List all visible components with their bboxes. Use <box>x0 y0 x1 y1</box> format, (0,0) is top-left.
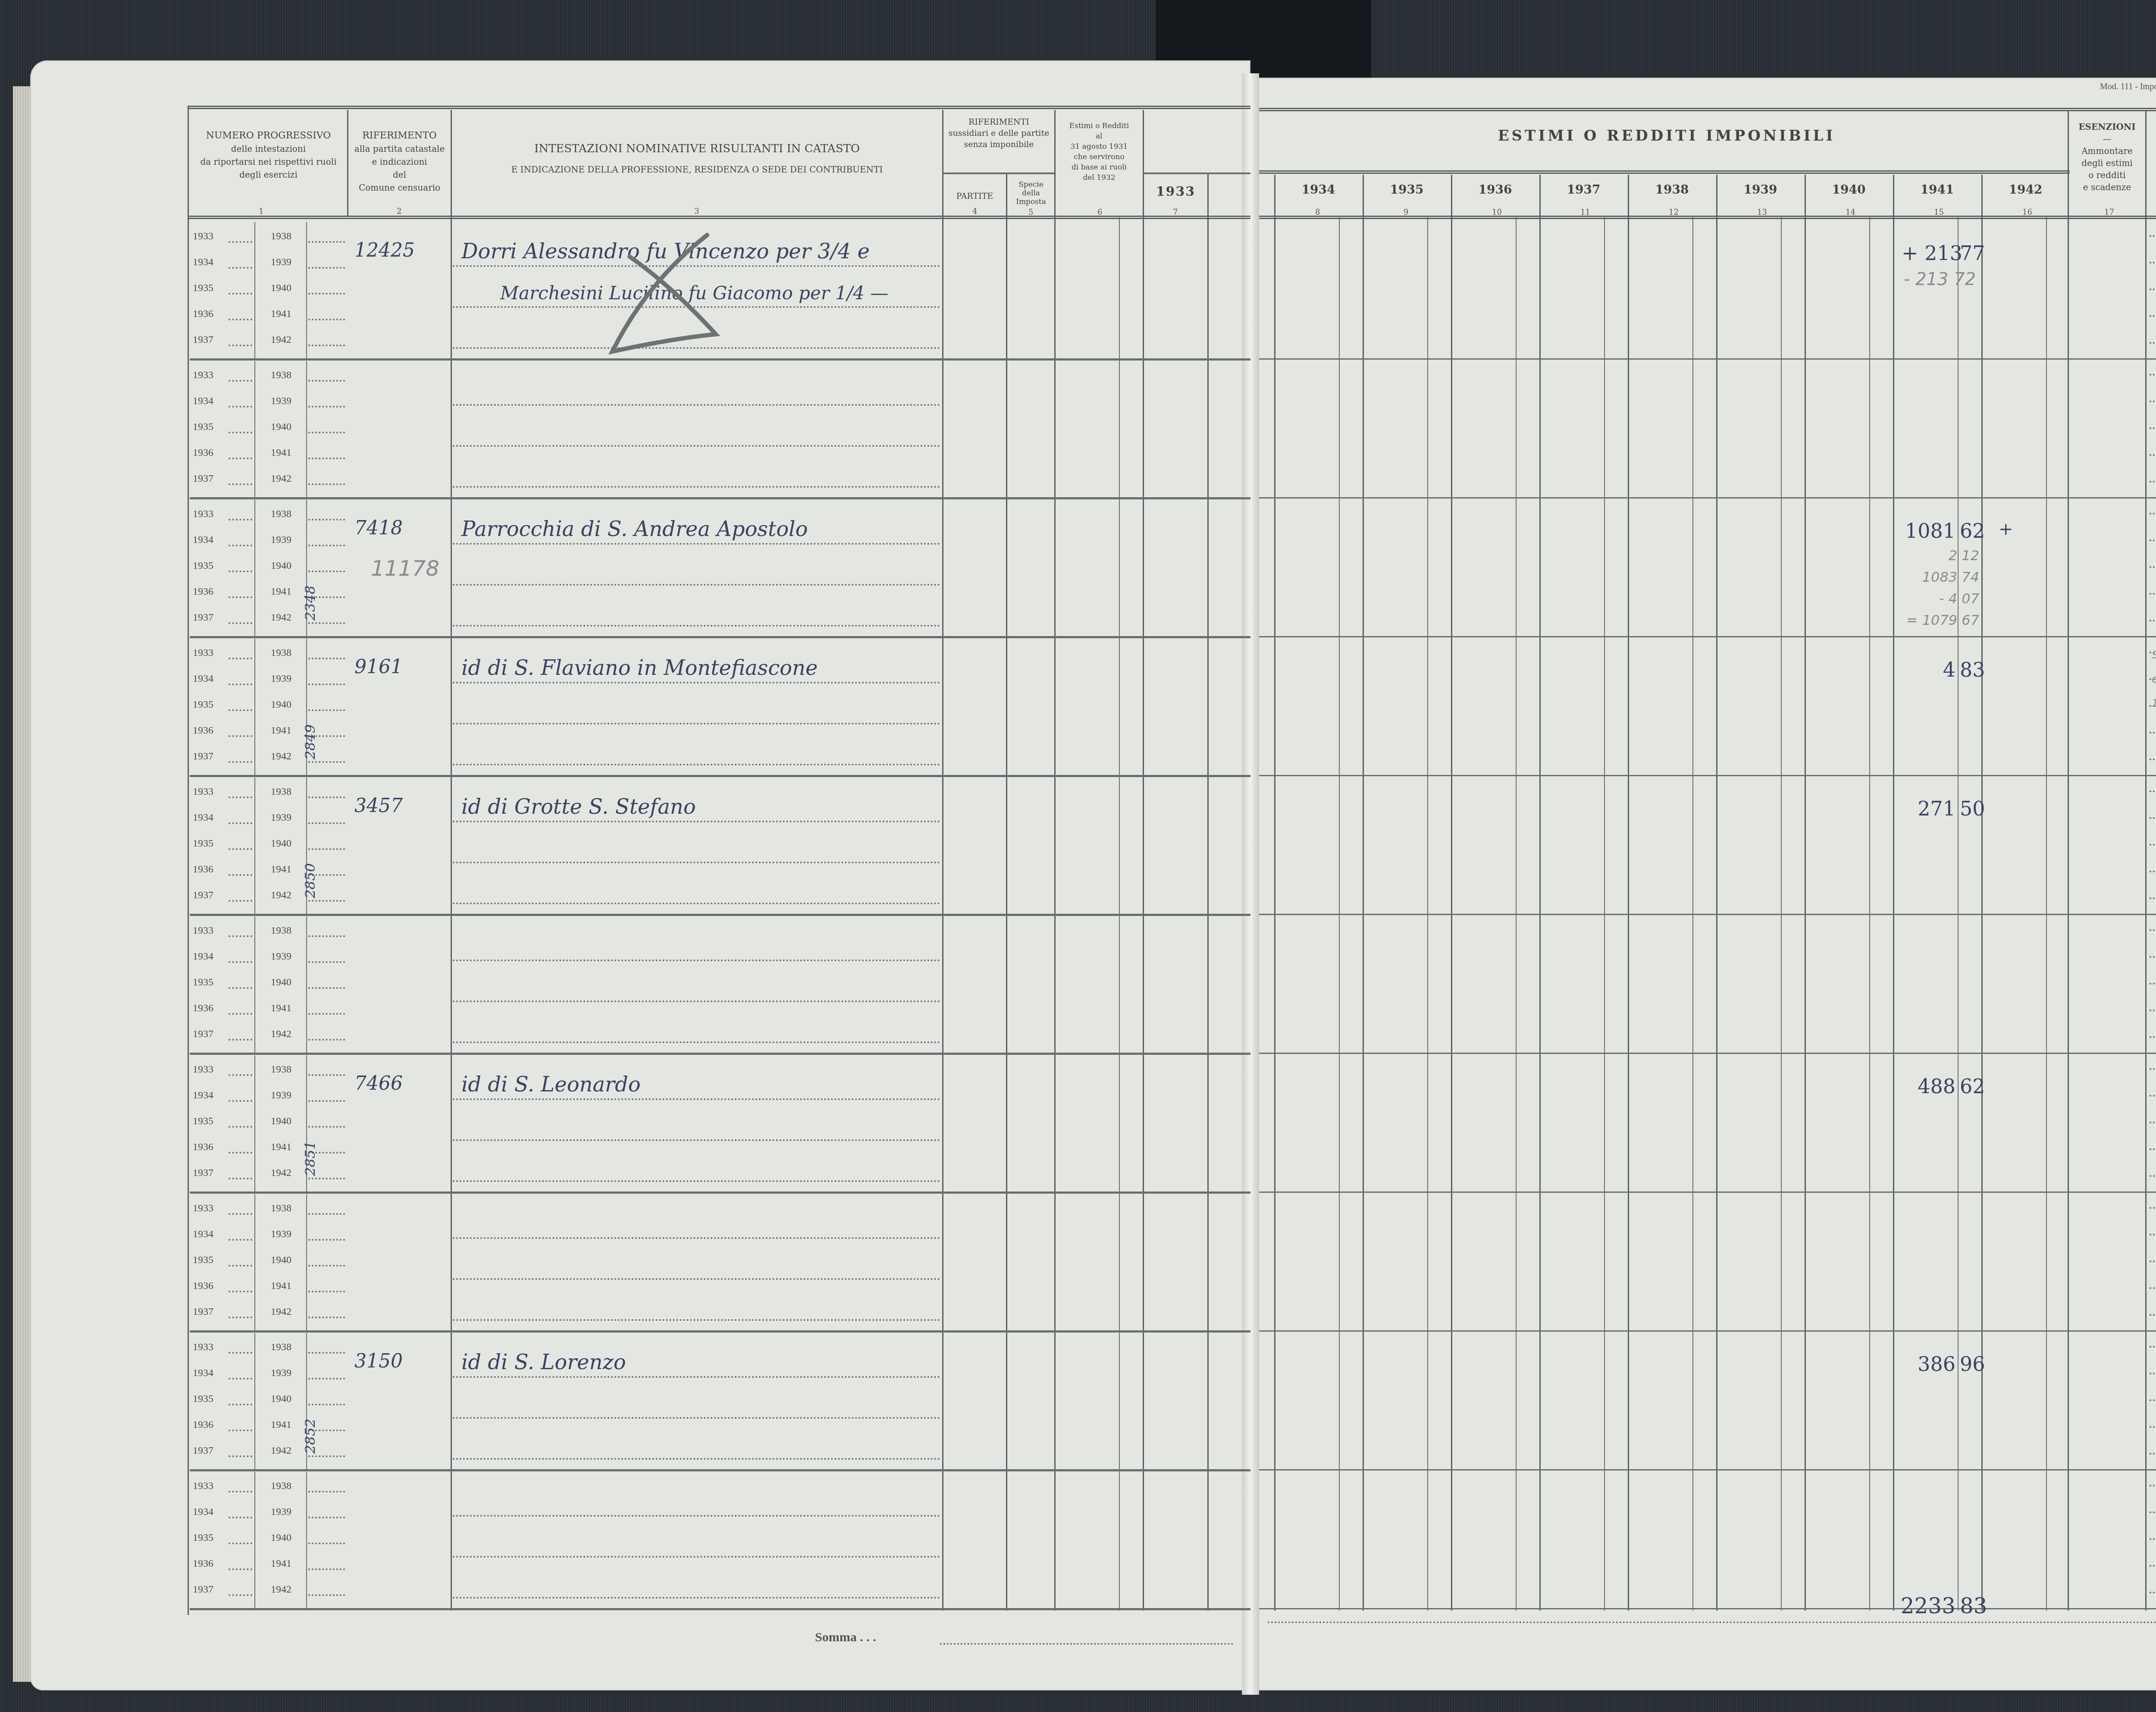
intestazione-line-1: Parrocchia di S. Andrea Apostolo <box>461 517 808 541</box>
sum-1941-lire: 2233 <box>1899 1593 1955 1618</box>
year-label: 1940 <box>271 421 291 433</box>
dotted-line <box>308 406 345 408</box>
cent-divider <box>1692 216 1693 1611</box>
dotted-line <box>308 1074 345 1076</box>
year-label: 1934 <box>193 1090 213 1101</box>
cent-divider <box>1958 216 1959 1611</box>
dotted-line <box>229 1317 252 1318</box>
dotted-line <box>2150 401 2156 402</box>
dotted-line <box>308 1517 345 1518</box>
dotted-line <box>453 903 940 904</box>
plus-sign: + <box>1999 519 2013 539</box>
dotted-line <box>2150 1485 2156 1486</box>
dotted-line <box>308 293 345 295</box>
divider <box>1539 175 1541 1611</box>
dotted-line <box>308 1213 345 1215</box>
year-label: 1935 <box>193 1116 213 1127</box>
annotation-note: Si scaricano in meno £ 19 per errore mat… <box>2152 643 2156 715</box>
year-label: 1937 <box>193 890 213 901</box>
header-estimi-1931: Estimi o Redditi al 31 agosto 1931 che s… <box>1056 121 1143 183</box>
year-label: 1933 <box>193 370 213 381</box>
top-rule <box>188 106 1250 109</box>
dotted-line <box>229 1074 252 1076</box>
dotted-line <box>2150 983 2156 985</box>
dotted-line <box>308 848 345 850</box>
dotted-line <box>308 1404 345 1405</box>
dotted-line <box>2150 1538 2156 1540</box>
partita-number: 3457 <box>354 795 403 817</box>
dotted-line <box>308 1594 345 1596</box>
side-code: 2348 <box>302 586 318 621</box>
year-label: 1937 <box>193 334 213 346</box>
calculation-line: - 4 07 <box>1897 590 1979 607</box>
dotted-line <box>453 1139 940 1141</box>
entry-separator <box>190 497 1250 499</box>
dotted-line <box>229 519 252 520</box>
year-label: 1942 <box>271 1584 291 1596</box>
year-label: 1940 <box>271 1116 291 1127</box>
dotted-line <box>229 1404 252 1405</box>
partita-number: 3150 <box>354 1350 403 1372</box>
intestazione-line-1: id di S. Flaviano in Montefiascone <box>461 656 818 680</box>
year-label: 1942 <box>271 1306 291 1318</box>
divider <box>1893 175 1894 1611</box>
header-numero-progressivo: NUMERO PROGRESSIVO delle intestazioni da… <box>190 129 347 181</box>
entry-separator <box>190 775 1250 777</box>
header-specie-imposta: Specie della Imposta <box>1007 180 1055 206</box>
dotted-line <box>2150 374 2156 376</box>
dotted-line <box>2150 427 2156 429</box>
dotted-line <box>229 267 252 269</box>
calculation-line: = 1079 67 <box>1897 612 1979 628</box>
header-line: di base ai ruoli <box>1056 162 1143 172</box>
header-bottom-rule <box>188 216 1250 219</box>
amount-1941-cent: 96 <box>1960 1352 1985 1376</box>
header-line: Imposta <box>1007 198 1055 206</box>
dotted-line <box>308 241 345 243</box>
dotted-line <box>229 658 252 659</box>
year-label: 1938 <box>271 925 291 937</box>
dotted-line <box>308 658 345 659</box>
sum-dotted-line <box>1268 1621 2156 1623</box>
divider <box>1207 172 1209 1611</box>
divider <box>306 222 307 358</box>
divider <box>2068 110 2069 1611</box>
header-line: Estimi o Redditi <box>1056 121 1143 131</box>
amount-1941-cent: 50 <box>1960 797 1985 820</box>
dotted-line <box>229 1265 252 1267</box>
cent-divider <box>1516 216 1517 1611</box>
header-title: ESENZIONI <box>2069 121 2145 133</box>
dotted-line <box>308 1013 345 1015</box>
dotted-line <box>308 267 345 269</box>
column-number: 7 <box>1173 208 1178 217</box>
partita-number: 7466 <box>354 1072 403 1094</box>
dotted-line <box>2150 288 2156 290</box>
year-label: 1936 <box>193 586 213 598</box>
divider <box>254 1333 255 1469</box>
dotted-line <box>229 1543 252 1544</box>
dotted-line <box>308 1352 345 1354</box>
header-year-1937: 1937 <box>1539 183 1628 196</box>
cent-divider <box>1781 216 1782 1611</box>
dotted-line <box>453 543 940 545</box>
dotted-line <box>229 432 252 433</box>
sum-dotted-line <box>940 1643 1233 1645</box>
dotted-line <box>2150 871 2156 872</box>
dotted-line <box>308 1378 345 1380</box>
dotted-line <box>308 900 345 902</box>
dotted-line <box>308 1126 345 1128</box>
header-sub: del <box>348 168 451 181</box>
dotted-line <box>308 796 345 798</box>
form-code: Mod. 111 - Imposte Dirette (Intercalare)… <box>2100 82 2156 92</box>
year-label: 1936 <box>193 1280 213 1292</box>
column-number: 9 <box>1404 208 1408 217</box>
year-label: 1934 <box>193 534 213 546</box>
year-label: 1941 <box>271 1141 291 1153</box>
dotted-line <box>453 682 940 684</box>
dotted-line <box>2150 1511 2156 1513</box>
dotted-line <box>229 483 252 485</box>
dotted-line <box>2150 1234 2156 1235</box>
dotted-line <box>453 1556 940 1558</box>
dotted-line <box>2150 790 2156 792</box>
year-label: 1941 <box>271 447 291 459</box>
year-label: 1936 <box>193 447 213 459</box>
dotted-line <box>453 1041 940 1043</box>
year-label: 1937 <box>193 1445 213 1457</box>
cent-divider <box>1604 216 1605 1611</box>
dotted-line <box>2150 1287 2156 1289</box>
year-label: 1937 <box>193 751 213 762</box>
amount-1941-lire: 1081 <box>1902 519 1955 542</box>
header-line: che servirono <box>1056 152 1143 162</box>
year-label: 1936 <box>193 1003 213 1014</box>
column-number: 2 <box>397 207 401 216</box>
dotted-line <box>229 1152 252 1154</box>
dotted-line <box>453 764 940 765</box>
dotted-line <box>2150 1175 2156 1177</box>
header-dash: — <box>2069 133 2145 145</box>
dotted-line <box>453 1417 940 1419</box>
entry-separator <box>1259 358 2156 360</box>
divider <box>254 639 255 775</box>
dotted-line <box>308 1239 345 1241</box>
dotted-line <box>453 584 940 586</box>
dotted-line <box>308 545 345 546</box>
dotted-line <box>2150 759 2156 760</box>
year-label: 1940 <box>271 699 291 711</box>
column-number: 5 <box>1028 208 1033 217</box>
year-label: 1942 <box>271 334 291 346</box>
divider <box>254 1194 255 1330</box>
dotted-line <box>229 1013 252 1015</box>
side-code: 2851 <box>302 1141 318 1176</box>
year-label: 1941 <box>271 586 291 598</box>
left-border <box>188 106 189 1615</box>
dotted-line <box>308 483 345 485</box>
dotted-line <box>453 1237 940 1239</box>
dotted-line <box>453 1278 940 1280</box>
entry-separator <box>1259 914 2156 915</box>
dotted-line <box>2150 1095 2156 1097</box>
dotted-line <box>229 1491 252 1493</box>
dotted-line <box>308 622 345 624</box>
amount-1941-cent: 62 <box>1960 1075 1985 1098</box>
dotted-line <box>308 1291 345 1292</box>
dotted-line <box>453 1597 940 1599</box>
cent-divider <box>2046 216 2047 1611</box>
divider <box>1716 175 1717 1611</box>
header-title: RIFERIMENTI <box>943 116 1054 128</box>
dotted-line <box>229 293 252 295</box>
amount-1941-lire: 4 <box>1902 658 1955 681</box>
dotted-line <box>229 1178 252 1179</box>
dotted-line <box>308 1491 345 1493</box>
section-title-estimi: ESTIMI O REDDITI IMPONIBILI <box>1268 129 2065 142</box>
year-label: 1934 <box>193 1506 213 1518</box>
year-label: 1936 <box>193 725 213 737</box>
dotted-line <box>229 406 252 408</box>
dotted-line <box>229 1352 252 1354</box>
year-label: 1940 <box>271 282 291 294</box>
year-label: 1941 <box>271 725 291 737</box>
entry-separator <box>1259 775 2156 776</box>
dotted-line <box>2150 1122 2156 1123</box>
dotted-line <box>229 319 252 320</box>
divider <box>451 110 452 1611</box>
calculation-line: 1083 74 <box>1897 569 1979 585</box>
dotted-line <box>308 519 345 520</box>
year-label: 1935 <box>193 699 213 711</box>
dotted-line <box>308 319 345 320</box>
column-number: 13 <box>1757 208 1767 217</box>
partita-number: 9161 <box>354 656 403 678</box>
year-label: 1941 <box>271 1558 291 1570</box>
header-sub: o redditi <box>2069 169 2145 181</box>
header-line: al <box>1056 131 1143 141</box>
amount-1941-cent: 77 <box>1960 241 1985 265</box>
dotted-line <box>2150 539 2156 541</box>
year-label: 1938 <box>271 1342 291 1353</box>
divider <box>2145 110 2147 1611</box>
amount-1941-note: - 213 72 <box>1904 270 1976 289</box>
year-label: 1939 <box>271 812 291 824</box>
dotted-line <box>308 935 345 937</box>
header-sub: E INDICAZIONE DELLA PROFESSIONE, RESIDEN… <box>452 163 942 176</box>
year-label: 1938 <box>271 786 291 798</box>
dotted-line <box>2150 1068 2156 1070</box>
dotted-line <box>2150 513 2156 514</box>
column-number: 1 <box>259 207 263 216</box>
dotted-line <box>2150 481 2156 483</box>
year-label: 1935 <box>193 421 213 433</box>
entry-separator <box>1259 1192 2156 1193</box>
divider <box>942 172 1054 174</box>
dotted-line <box>453 1458 940 1460</box>
header-line: 31 agosto 1931 <box>1056 141 1143 152</box>
dotted-line <box>229 761 252 763</box>
year-label: 1935 <box>193 1393 213 1405</box>
column-number: 3 <box>694 207 699 216</box>
year-label: 1941 <box>271 864 291 875</box>
dotted-line <box>308 380 345 382</box>
header-sub: e scadenze <box>2069 181 2145 193</box>
dotted-line <box>453 486 940 488</box>
dotted-line <box>2150 1373 2156 1374</box>
dotted-line <box>453 862 940 863</box>
header-sub: senza imponibile <box>943 139 1054 150</box>
year-label: 1939 <box>271 1506 291 1518</box>
divider <box>1628 175 1629 1611</box>
dotted-line <box>308 1265 345 1267</box>
divider <box>1274 175 1275 1611</box>
year-label: 1939 <box>271 1229 291 1240</box>
header-sub: Comune censuario <box>348 181 451 194</box>
year-label: 1933 <box>193 647 213 659</box>
entry-separator <box>190 1053 1250 1055</box>
header-year-1940: 1940 <box>1805 183 1893 196</box>
dotted-line <box>308 987 345 989</box>
year-label: 1942 <box>271 1167 291 1179</box>
year-label: 1936 <box>193 864 213 875</box>
year-label: 1935 <box>193 1532 213 1544</box>
dotted-line <box>229 345 252 346</box>
entry-separator <box>190 1330 1250 1333</box>
header-title: INTESTAZIONI NOMINATIVE RISULTANTI IN CA… <box>452 142 942 155</box>
column-number: 6 <box>1097 208 1102 217</box>
entry-separator <box>1259 1053 2156 1054</box>
dotted-line <box>229 1213 252 1215</box>
header-bottom-rule <box>1259 216 2156 219</box>
side-code: 2852 <box>302 1419 318 1454</box>
year-label: 1939 <box>271 1090 291 1101</box>
side-code: 2849 <box>302 724 318 759</box>
dotted-line <box>229 709 252 711</box>
dotted-line <box>453 1515 940 1517</box>
header-year-1938: 1938 <box>1628 183 1716 196</box>
year-label: 1942 <box>271 1028 291 1040</box>
year-label: 1942 <box>271 1445 291 1457</box>
dotted-line <box>2150 1346 2156 1348</box>
entry-separator <box>1259 1469 2156 1471</box>
dotted-line <box>229 822 252 824</box>
dotted-line <box>229 1455 252 1457</box>
estimi-subheader-rule <box>1259 170 2070 174</box>
year-label: 1942 <box>271 890 291 901</box>
header-year-1935: 1935 <box>1363 183 1451 196</box>
year-label: 1937 <box>193 1306 213 1318</box>
dotted-line <box>453 959 940 961</box>
header-sub: delle intestazioni <box>190 142 347 155</box>
year-label: 1940 <box>271 560 291 572</box>
divider <box>942 110 943 1611</box>
entry-separator <box>190 1608 1250 1610</box>
dotted-line <box>308 822 345 824</box>
year-label: 1937 <box>193 1167 213 1179</box>
divider <box>1805 175 1806 1611</box>
amount-1941-lire: 386 <box>1902 1352 1955 1376</box>
header-partite: PARTITE <box>943 190 1006 203</box>
dotted-line <box>2150 1399 2156 1401</box>
dotted-line <box>308 345 345 346</box>
dotted-line <box>229 1100 252 1102</box>
header-line: della <box>1007 189 1055 198</box>
dotted-line <box>453 445 940 447</box>
dotted-line <box>453 1000 940 1002</box>
dotted-line <box>453 1180 940 1182</box>
intestazione-line-1: id di S. Lorenzo <box>461 1350 626 1374</box>
dotted-line <box>2150 1314 2156 1316</box>
divider <box>1006 172 1007 1611</box>
dotted-line <box>453 625 940 627</box>
header-year-1942: 1942 <box>1981 183 2070 196</box>
year-label: 1933 <box>193 1480 213 1492</box>
year-label: 1933 <box>193 508 213 520</box>
entry-separator <box>1259 497 2156 499</box>
dotted-line <box>229 735 252 737</box>
year-label: 1934 <box>193 1229 213 1240</box>
dotted-line <box>308 961 345 963</box>
intestazione-line-1: id di Grotte S. Stefano <box>461 795 696 819</box>
dotted-line <box>453 723 940 724</box>
year-label: 1939 <box>271 395 291 407</box>
divider <box>254 1472 255 1608</box>
header-riferimenti: RIFERIMENTI sussidiari e delle partite s… <box>943 116 1054 150</box>
dotted-line <box>229 622 252 624</box>
header-intestazioni: INTESTAZIONI NOMINATIVE RISULTANTI IN CA… <box>452 142 942 176</box>
dotted-line <box>229 1594 252 1596</box>
dotted-line <box>2150 817 2156 819</box>
dotted-line <box>453 404 940 406</box>
dotted-line <box>2150 1036 2156 1038</box>
header-sub: Ammontare <box>2069 145 2145 157</box>
partita-number: 7418 <box>354 517 403 539</box>
dotted-line <box>229 241 252 243</box>
divider <box>254 222 255 358</box>
year-label: 1939 <box>271 673 291 685</box>
header-riferimento: RIFERIMENTO alla partita catastale e ind… <box>348 129 451 194</box>
dotted-line <box>229 1430 252 1431</box>
dotted-line <box>308 761 345 763</box>
divider <box>1054 110 1056 1611</box>
dotted-line <box>2150 897 2156 899</box>
year-label: 1935 <box>193 838 213 850</box>
book-gutter <box>1242 73 1259 1695</box>
sum-1941-cent: 83 <box>1960 1593 1987 1618</box>
year-label: 1939 <box>271 951 291 963</box>
side-code: 2850 <box>302 863 318 898</box>
entry-separator <box>1259 636 2156 637</box>
dotted-line <box>2150 342 2156 344</box>
divider <box>254 1055 255 1192</box>
header-sub: e indicazioni <box>348 155 451 168</box>
header-esenzioni: ESENZIONI — Ammontare degli estimi o red… <box>2069 121 2145 193</box>
year-label: 1933 <box>193 1064 213 1075</box>
dotted-line <box>2150 593 2156 595</box>
year-label: 1939 <box>271 1367 291 1379</box>
divider <box>254 778 255 914</box>
right-page <box>1250 78 2156 1690</box>
divider <box>1143 110 1144 1611</box>
dotted-line <box>308 1178 345 1179</box>
year-label: 1939 <box>271 257 291 268</box>
dotted-line <box>308 684 345 685</box>
dotted-line <box>229 987 252 989</box>
dotted-line <box>2150 1148 2156 1150</box>
divider <box>306 1194 307 1330</box>
